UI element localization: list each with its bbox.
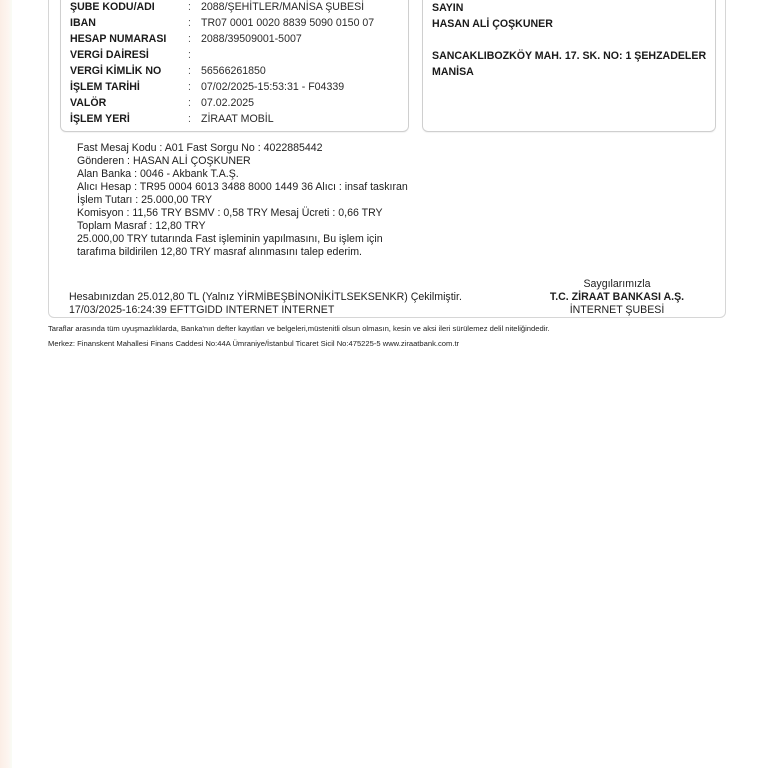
info-separator: : [188,111,191,127]
withdrawal-line: Hesabınızdan 25.012,80 TL (Yalnız YİRMİB… [69,291,462,304]
info-value: ZİRAAT MOBİL [201,111,274,127]
info-label: İŞLEM TARİHİ [70,79,140,95]
info-separator: : [188,0,191,15]
timestamp-line: 17/03/2025-16:24:39 EFTTGIDD INTERNET IN… [69,304,334,317]
legal-disclaimer: Taraflar arasında tüm uyuşmazlıklarda, B… [48,324,550,334]
recipient-address-line1: SANCAKLIBOZKÖY MAH. 17. SK. NO: 1 ŞEHZAD… [432,48,706,64]
detail-line: tarafıma bildirilen 12,80 TRY masraf alı… [77,246,362,259]
info-separator: : [188,31,191,47]
recipient-name: HASAN ALİ ÇOŞKUNER [432,16,553,32]
closing-text: Saygılarımızla [540,278,694,291]
detail-line: Komisyon : 11,56 TRY BSMV : 0,58 TRY Mes… [77,207,383,220]
info-separator: : [188,95,191,111]
recipient-salutation: SAYIN [432,0,463,16]
detail-line: 25.000,00 TRY tutarında Fast işleminin y… [77,233,383,246]
info-value: 56566261850 [201,63,266,79]
detail-line: Fast Mesaj Kodu : A01 Fast Sorgu No : 40… [77,142,323,155]
info-label: VERGİ DAİRESİ [70,47,149,63]
headquarters-info: Merkez: Finanskent Mahallesi Finans Cadd… [48,339,459,349]
info-label: VERGİ KİMLİK NO [70,63,161,79]
info-value: 07/02/2025-15:53:31 - F04339 [201,79,344,95]
info-label: HESAP NUMARASI [70,31,166,47]
info-value: 07.02.2025 [201,95,254,111]
info-separator: : [188,63,191,79]
info-label: IBAN [70,15,96,31]
info-label: İŞLEM YERİ [70,111,130,127]
page-edge [0,0,12,768]
info-separator: : [188,15,191,31]
branch-name: İNTERNET ŞUBESİ [540,304,694,317]
info-value: TR07 0001 0020 8839 5090 0150 07 [201,15,374,31]
info-separator: : [188,47,191,63]
detail-line: Gönderen : HASAN ALİ ÇOŞKUNER [77,155,251,168]
detail-line: Alıcı Hesap : TR95 0004 6013 3488 8000 1… [77,181,408,194]
info-value: 2088/39509001-5007 [201,31,302,47]
recipient-address-line2: MANİSA [432,64,474,80]
info-label: ŞUBE KODU/ADI [70,0,155,15]
info-label: VALÖR [70,95,106,111]
detail-line: İşlem Tutarı : 25.000,00 TRY [77,194,212,207]
detail-line: Toplam Masraf : 12,80 TRY [77,220,206,233]
detail-line: Alan Banka : 0046 - Akbank T.A.Ş. [77,168,239,181]
info-separator: : [188,79,191,95]
bank-name: T.C. ZİRAAT BANKASI A.Ş. [540,291,694,304]
info-value: 2088/ŞEHİTLER/MANİSA ŞUBESİ [201,0,364,15]
